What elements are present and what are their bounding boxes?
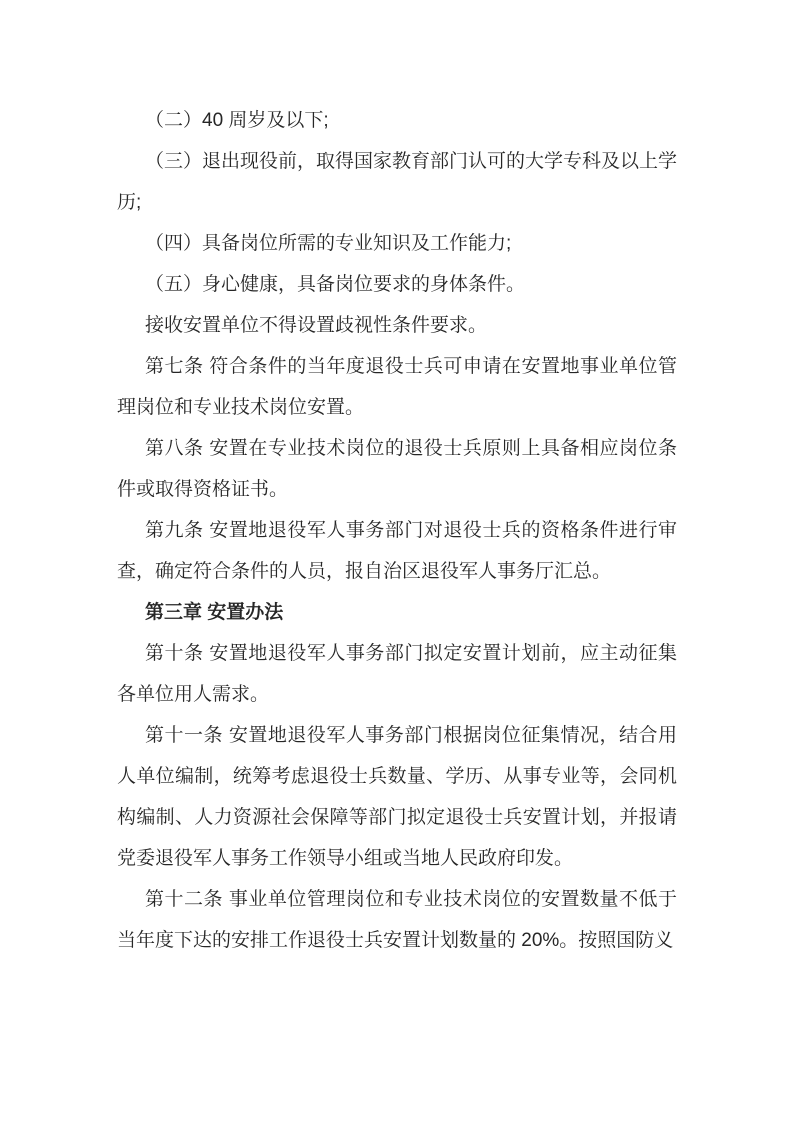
article-8-paragraph: 第八条 安置在专业技术岗位的退役士兵原则上具备相应岗位条件或取得资格证书。 [117,428,677,510]
article-12-paragraph: 第十二条 事业单位管理岗位和专业技术岗位的安置数量不低于当年度下达的安排工作退役… [117,879,677,961]
article-9-paragraph: 第九条 安置地退役军人事务部门对退役士兵的资格条件进行审查，确定符合条件的人员，… [117,510,677,592]
paragraph-no-discrimination: 接收安置单位不得设置歧视性条件要求。 [117,305,677,346]
clause-item-4: （四）具备岗位所需的专业知识及工作能力; [117,223,677,264]
document-page: （二）40 周岁及以下; （三）退出现役前，取得国家教育部门认可的大学专科及以上… [0,0,793,1122]
clause-item-3: （三）退出现役前，取得国家教育部门认可的大学专科及以上学历; [117,141,677,223]
article-11-paragraph: 第十一条 安置地退役军人事务部门根据岗位征集情况，结合用人单位编制，统筹考虑退役… [117,715,677,879]
article-10-paragraph: 第十条 安置地退役军人事务部门拟定安置计划前，应主动征集各单位用人需求。 [117,633,677,715]
clause-item-2: （二）40 周岁及以下; [117,100,677,141]
clause-item-5: （五）身心健康，具备岗位要求的身体条件。 [117,264,677,305]
document-body: （二）40 周岁及以下; （三）退出现役前，取得国家教育部门认可的大学专科及以上… [117,100,677,961]
article-7-paragraph: 第七条 符合条件的当年度退役士兵可申请在安置地事业单位管理岗位和专业技术岗位安置… [117,346,677,428]
chapter-3-heading: 第三章 安置办法 [117,592,677,633]
